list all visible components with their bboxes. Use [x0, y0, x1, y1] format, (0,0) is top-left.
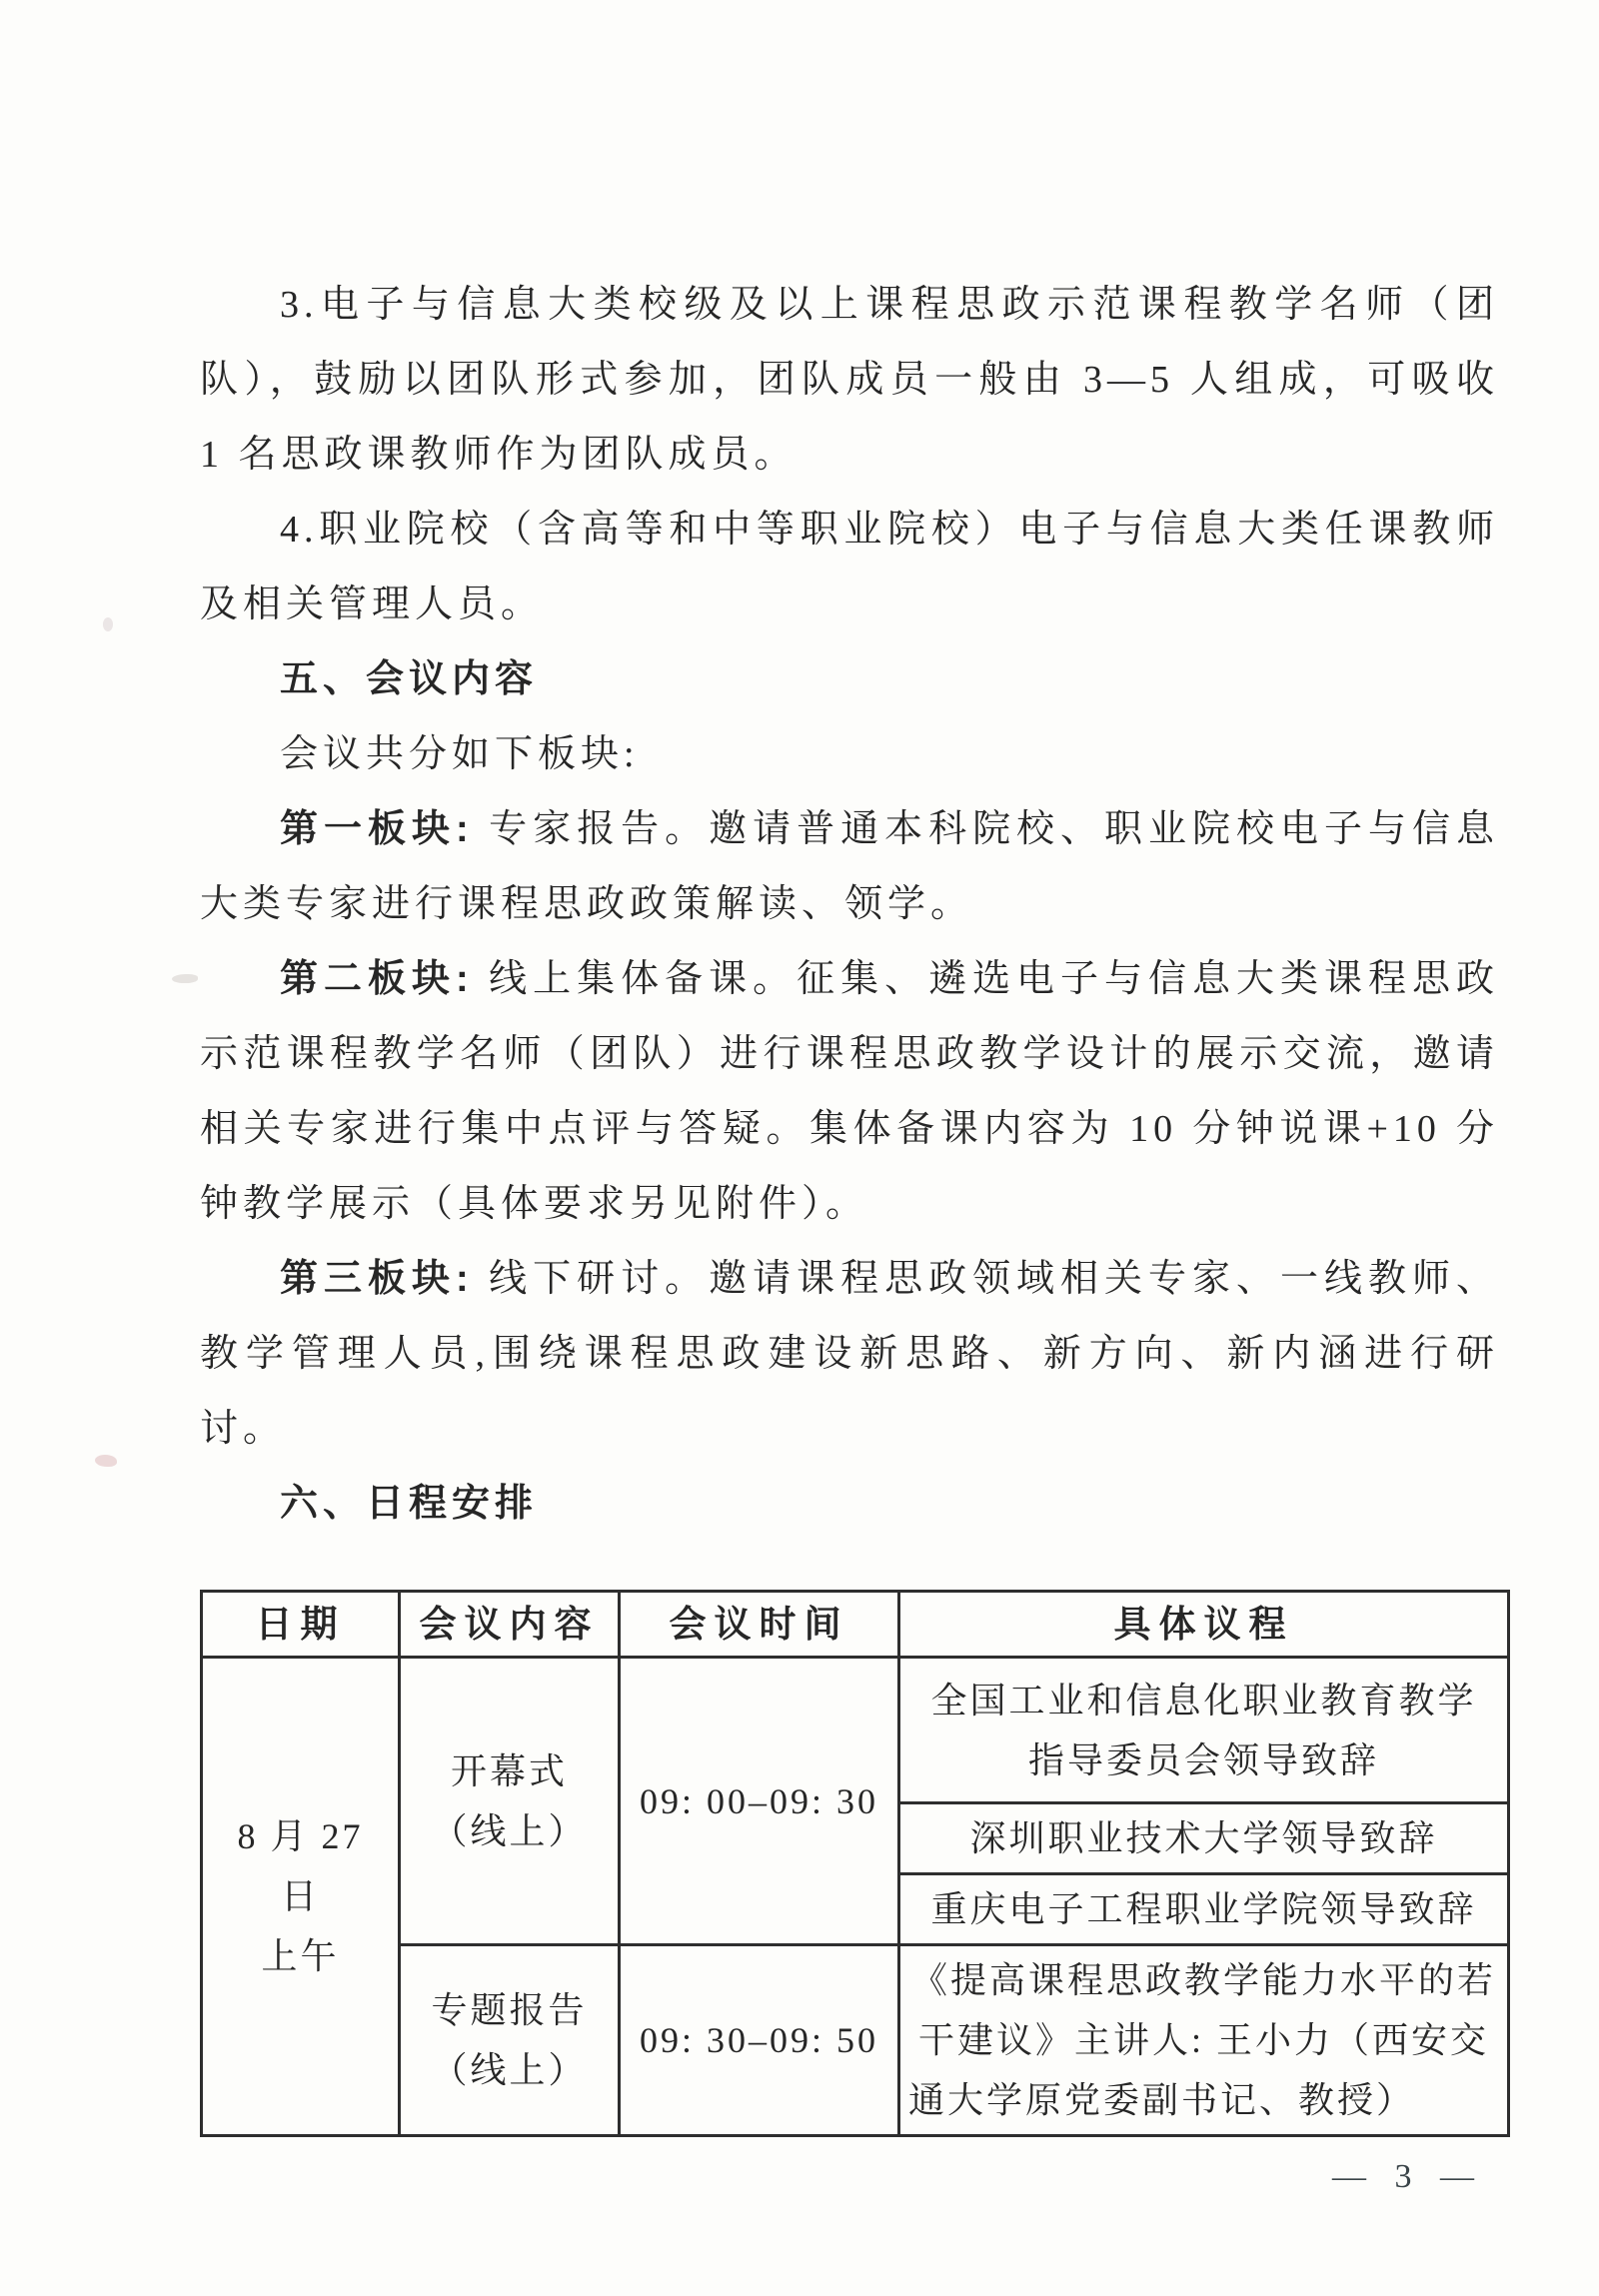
- cell-date: 8 月 27 日 上午: [202, 1658, 400, 2136]
- scan-speck: [172, 974, 198, 983]
- cell-session1-time: 09: 00–09: 30: [620, 1658, 899, 1945]
- scan-speck: [95, 1455, 117, 1467]
- col-header-session: 会议内容: [400, 1592, 620, 1658]
- section-heading-6: 六、日程安排: [200, 1467, 1499, 1542]
- cell-session2-time: 09: 30–09: 50: [620, 1945, 899, 2136]
- block-3-label: 第三板块:: [280, 1258, 474, 1300]
- page-content: 3.电子与信息大类校级及以上课程思政示范课程教学名师（团队），鼓励以团队形式参加…: [200, 268, 1499, 2137]
- paragraph-item-4: 4.职业院校（含高等和中等职业院校）电子与信息大类任课教师及相关管理人员。: [200, 493, 1499, 642]
- cell-session1-name: 开幕式 （线上）: [400, 1658, 620, 1945]
- block-1-label: 第一板块:: [280, 808, 474, 850]
- schedule-table: 日期 会议内容 会议时间 具体议程 8 月 27 日 上午 开幕式 （线上） 0…: [200, 1590, 1510, 2137]
- col-header-date: 日期: [202, 1592, 400, 1658]
- table-header-row: 日期 会议内容 会议时间 具体议程: [202, 1592, 1509, 1658]
- col-header-time: 会议时间: [620, 1592, 899, 1658]
- block-3-paragraph: 第三板块: 线下研讨。邀请课程思政领域相关专家、一线教师、教学管理人员,围绕课程…: [200, 1242, 1499, 1467]
- intro-line: 会议共分如下板块:: [200, 717, 1499, 792]
- block-2-paragraph: 第二板块: 线上集体备课。征集、遴选电子与信息大类课程思政示范课程教学名师（团队…: [200, 942, 1499, 1242]
- block-1-paragraph: 第一板块: 专家报告。邀请普通本科院校、职业院校电子与信息大类专家进行课程思政政…: [200, 792, 1499, 942]
- col-header-agenda: 具体议程: [899, 1592, 1509, 1658]
- block-2-label: 第二板块:: [280, 958, 474, 1000]
- page-number: — 3 —: [1332, 2158, 1484, 2196]
- cell-agenda-1: 全国工业和信息化职业教育教学 指导委员会领导致辞: [899, 1658, 1509, 1803]
- section-heading-5: 五、会议内容: [200, 642, 1499, 717]
- cell-session2-name: 专题报告 （线上）: [400, 1945, 620, 2136]
- scan-speck: [103, 617, 113, 631]
- cell-agenda-4: 《提高课程思政教学能力水平的若干建议》主讲人: 王小力（西安交通大学原党委副书记…: [899, 1945, 1509, 2136]
- table-row: 8 月 27 日 上午 开幕式 （线上） 09: 00–09: 30 全国工业和…: [202, 1658, 1509, 1803]
- paragraph-item-3: 3.电子与信息大类校级及以上课程思政示范课程教学名师（团队），鼓励以团队形式参加…: [200, 268, 1499, 493]
- cell-agenda-3: 重庆电子工程职业学院领导致辞: [899, 1874, 1509, 1945]
- cell-agenda-2: 深圳职业技术大学领导致辞: [899, 1803, 1509, 1874]
